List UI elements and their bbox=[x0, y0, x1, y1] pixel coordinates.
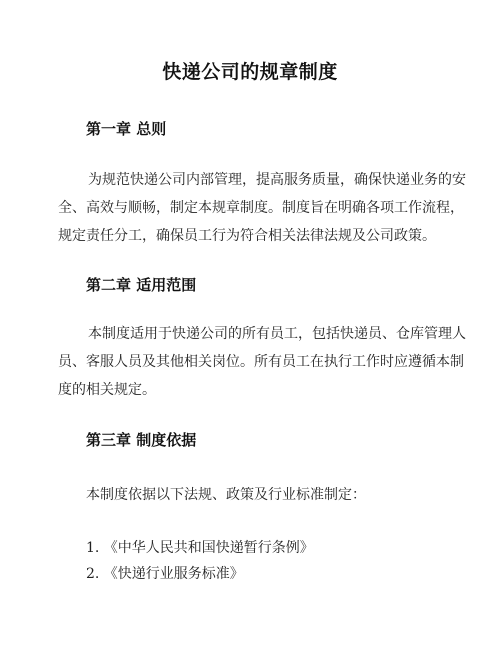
document-page: 快递公司的规章制度 第一章 总则 为规范快递公司内部管理，提高服务质量，确保快递… bbox=[0, 0, 500, 647]
paragraph-line: 为规范快递公司内部管理，提高服务质量，确保快递业务的安 bbox=[58, 166, 450, 194]
chapter-2-paragraph: 本制度适用于快递公司的所有员工，包括快递员、仓库管理人 员、客服人员及其他相关岗… bbox=[58, 320, 450, 404]
document-title: 快递公司的规章制度 bbox=[0, 58, 500, 86]
list-item-1: 1. 《中华人民共和国快递暂行条例》 bbox=[86, 536, 314, 560]
paragraph-line: 本制度适用于快递公司的所有员工，包括快递员、仓库管理人 bbox=[58, 320, 450, 348]
paragraph-line: 全、高效与顺畅，制定本规章制度。制度旨在明确各项工作流程， bbox=[58, 194, 450, 222]
chapter-1-heading: 第一章 总则 bbox=[86, 118, 166, 140]
paragraph-line: 规定责任分工，确保员工行为符合相关法律法规及公司政策。 bbox=[58, 222, 450, 250]
list-item-2: 2. 《快递行业服务标准》 bbox=[86, 562, 244, 586]
chapter-1-paragraph: 为规范快递公司内部管理，提高服务质量，确保快递业务的安 全、高效与顺畅，制定本规… bbox=[58, 166, 450, 250]
chapter-3-intro: 本制度依据以下法规、政策及行业标准制定： bbox=[86, 483, 366, 507]
chapter-3-heading: 第三章 制度依据 bbox=[86, 429, 196, 451]
paragraph-line: 度的相关规定。 bbox=[58, 376, 450, 404]
paragraph-line: 员、客服人员及其他相关岗位。所有员工在执行工作时应遵循本制 bbox=[58, 348, 450, 376]
chapter-2-heading: 第二章 适用范围 bbox=[86, 274, 196, 296]
